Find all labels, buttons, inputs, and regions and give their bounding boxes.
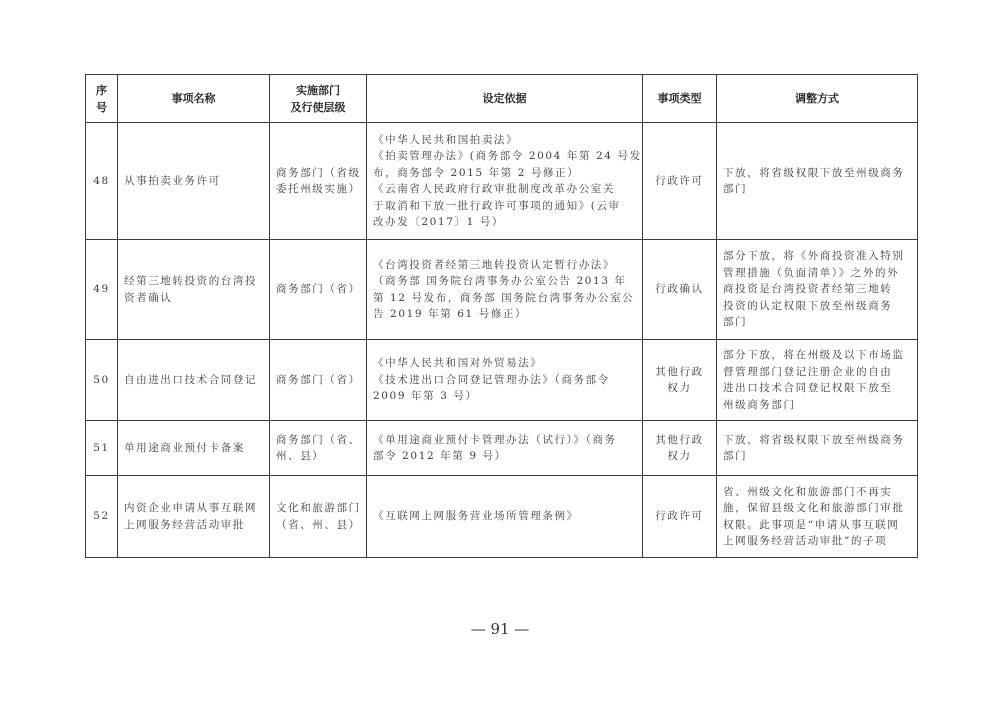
cell-item-name: 经第三地转投资的台湾投 资者确认 xyxy=(118,240,270,340)
table-row: 50 自由进出口技术合同登记 商务部门（省） 《中华人民共和国对外贸易法》 《技… xyxy=(86,340,918,421)
cell-legal-basis: 《单用途商业预付卡管理办法（试行）》（商务 部令 2012 年第 9 号） xyxy=(367,421,643,476)
cell-department: 商务部门（省、 州、县） xyxy=(270,421,367,476)
table-row: 52 内资企业申请从事互联网 上网服务经营活动审批 文化和旅游部门 （省、州、县… xyxy=(86,476,918,558)
administrative-items-table: 序 号 事项名称 实施部门 及行使层级 设定依据 事项类型 调整方式 xyxy=(85,74,918,558)
table-row: 48 从事拍卖业务许可 商务部门（省级 委托州级实施） 《中华人民共和国拍卖法》… xyxy=(86,123,918,240)
cell-department: 商务部门（省级 委托州级实施） xyxy=(270,123,367,240)
table-row: 51 单用途商业预付卡备案 商务部门（省、 州、县） 《单用途商业预付卡管理办法… xyxy=(86,421,918,476)
table-header-row: 序 号 事项名称 实施部门 及行使层级 设定依据 事项类型 调整方式 xyxy=(86,75,918,123)
cell-no: 51 xyxy=(86,421,118,476)
cell-legal-basis: 《互联网上网服务营业场所管理条例》 xyxy=(367,476,643,558)
cell-department: 文化和旅游部门 （省、州、县） xyxy=(270,476,367,558)
cell-no: 50 xyxy=(86,340,118,421)
cell-department: 商务部门（省） xyxy=(270,340,367,421)
cell-adjustment: 部分下放，将在州级及以下市场监 督管理部门登记注册企业的自由 进出口技术合同登记… xyxy=(717,340,918,421)
cell-no: 49 xyxy=(86,240,118,340)
cell-no: 48 xyxy=(86,123,118,240)
cell-department: 商务部门（省） xyxy=(270,240,367,340)
cell-item-type: 行政许可 xyxy=(643,123,717,240)
cell-item-name: 自由进出口技术合同登记 xyxy=(118,340,270,421)
cell-item-type: 其他行政 权力 xyxy=(643,340,717,421)
cell-item-type: 行政确认 xyxy=(643,240,717,340)
header-adjustment-method: 调整方式 xyxy=(717,75,918,123)
cell-item-name: 单用途商业预付卡备案 xyxy=(118,421,270,476)
cell-adjustment: 省、州级文化和旅游部门不再实 施，保留县级文化和旅游部门审批 权限。此事项是“申… xyxy=(717,476,918,558)
cell-item-name: 内资企业申请从事互联网 上网服务经营活动审批 xyxy=(118,476,270,558)
cell-adjustment: 下放，将省级权限下放至州级商务 部门 xyxy=(717,123,918,240)
page-number: — 91 — xyxy=(0,620,1000,638)
cell-legal-basis: 《台湾投资者经第三地转投资认定暂行办法》 （商务部 国务院台湾事务办公室公告 2… xyxy=(367,240,643,340)
document-page: 序 号 事项名称 实施部门 及行使层级 设定依据 事项类型 调整方式 xyxy=(0,0,1000,707)
cell-item-name: 从事拍卖业务许可 xyxy=(118,123,270,240)
cell-no: 52 xyxy=(86,476,118,558)
cell-item-type: 行政许可 xyxy=(643,476,717,558)
table-row: 49 经第三地转投资的台湾投 资者确认 商务部门（省） 《台湾投资者经第三地转投… xyxy=(86,240,918,340)
cell-adjustment: 下放，将省级权限下放至州级商务 部门 xyxy=(717,421,918,476)
header-legal-basis: 设定依据 xyxy=(367,75,643,123)
header-department-level: 实施部门 及行使层级 xyxy=(270,75,367,123)
cell-item-type: 其他行政 权力 xyxy=(643,421,717,476)
cell-legal-basis: 《中华人民共和国拍卖法》 《拍卖管理办法》(商务部令 2004 年第 24 号发… xyxy=(367,123,643,240)
cell-legal-basis: 《中华人民共和国对外贸易法》 《技术进出口合同登记管理办法》（商务部令 2009… xyxy=(367,340,643,421)
cell-adjustment: 部分下放，将《外商投资准入特别 管理措施（负面清单）》之外的外 商投资是台湾投资… xyxy=(717,240,918,340)
header-item-name: 事项名称 xyxy=(118,75,270,123)
header-no: 序 号 xyxy=(86,75,118,123)
header-item-type: 事项类型 xyxy=(643,75,717,123)
